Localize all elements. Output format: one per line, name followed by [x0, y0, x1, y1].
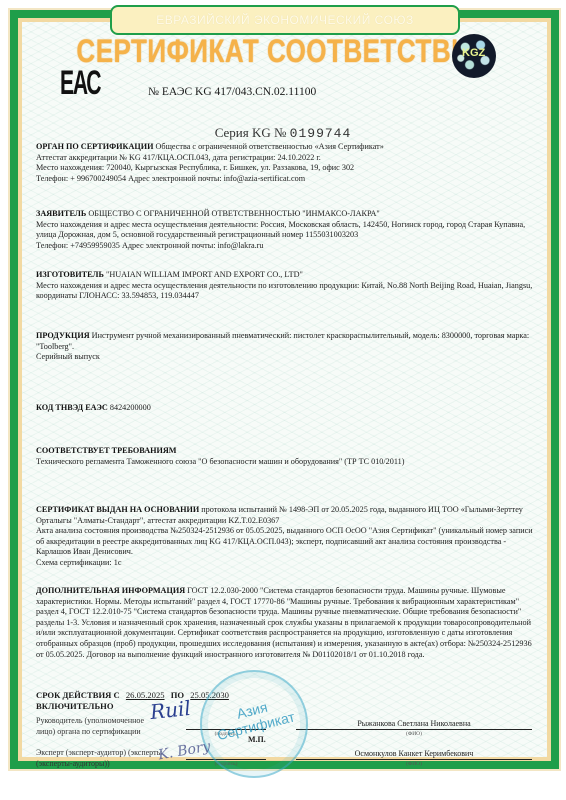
- basis-act: Акта анализа состояния производства №250…: [36, 526, 533, 556]
- certification-body-address: Место нахождения: 720040, Кыргызская Рес…: [36, 163, 354, 172]
- manufacturer-heading: ИЗГОТОВИТЕЛЬ: [36, 270, 104, 279]
- manufacturer-section: ИЗГОТОВИТЕЛЬ "HUAIAN WILLIAM IMPORT AND …: [36, 270, 534, 302]
- head-name-caption: (ФИО): [296, 731, 532, 737]
- basis-scheme: Схема сертификации: 1с: [36, 558, 121, 567]
- product-section: ПРОДУКЦИЯ Инструмент ручной механизирова…: [36, 331, 534, 363]
- hologram-icon: KGZ: [452, 34, 496, 78]
- expert-name-caption: (ФИО): [296, 761, 532, 767]
- head-name-line: [296, 729, 532, 730]
- product-description: Инструмент ручной механизированный пневм…: [36, 331, 529, 351]
- tnved-heading: КОД ТНВЭД ЕАЭС: [36, 403, 108, 412]
- certificate-number: № ЕАЭС KG 417/043.CN.02.11100: [148, 86, 316, 98]
- validity-inclusive: ВКЛЮЧИТЕЛЬНО: [36, 701, 114, 711]
- additional-heading: ДОПОЛНИТЕЛЬНАЯ ИНФОРМАЦИЯ: [36, 586, 185, 595]
- seal-stamp-icon: Азия Сертификат: [200, 670, 308, 778]
- expert-role: Эксперт (эксперт-аудитор) (эксперты (экс…: [36, 748, 176, 769]
- certification-body-accreditation: Аттестат аккредитации № KG 417/КЦА.ОСП.0…: [36, 153, 321, 162]
- tnved-section: КОД ТНВЭД ЕАЭС 8424200000: [36, 403, 534, 414]
- compliance-heading: СООТВЕТСТВУЕТ ТРЕБОВАНИЯМ: [36, 446, 177, 455]
- additional-info-section: ДОПОЛНИТЕЛЬНАЯ ИНФОРМАЦИЯ ГОСТ 12.2.030-…: [36, 586, 534, 660]
- applicant-address: Место нахождения и адрес места осуществл…: [36, 220, 525, 240]
- expert-name: Осмонкулов Канкет Керимбекович: [296, 749, 532, 758]
- hologram-label: KGZ: [462, 47, 485, 59]
- expert-name-line: [296, 759, 532, 760]
- applicant-section: ЗАЯВИТЕЛЬ ОБЩЕСТВО С ОГРАНИЧЕННОЙ ОТВЕТС…: [36, 209, 534, 251]
- head-signature-icon: Ruil: [149, 696, 192, 724]
- additional-text: ГОСТ 12.2.030-2000 "Система стандартов б…: [36, 586, 532, 659]
- certification-body-name: Общества с ограниченной ответственностью…: [156, 142, 384, 151]
- certification-body-contacts: Телефон: + 996700249054 Адрес электронно…: [36, 174, 305, 183]
- applicant-name: ОБЩЕСТВО С ОГРАНИЧЕННОЙ ОТВЕТСТВЕННОСТЬЮ…: [88, 209, 379, 218]
- compliance-text: Технического регламента Таможенного союз…: [36, 457, 404, 466]
- compliance-section: СООТВЕТСТВУЕТ ТРЕБОВАНИЯМ Технического р…: [36, 446, 534, 467]
- product-release: Серийный выпуск: [36, 352, 100, 361]
- eac-logo-icon: ЕАС: [60, 64, 100, 103]
- series-value: 0199744: [290, 126, 352, 141]
- manufacturer-name: "HUAIAN WILLIAM IMPORT AND EXPORT CO., L…: [106, 270, 303, 279]
- basis-heading: СЕРТИФИКАТ ВЫДАН НА ОСНОВАНИИ: [36, 505, 199, 514]
- union-banner: ЕВРАЗИЙСКИЙ ЭКОНОМИЧЕСКИЙ СОЮЗ: [110, 5, 460, 35]
- seal-label: М.П.: [248, 735, 266, 744]
- head-role: Руководитель (уполномоченное лицо) орган…: [36, 716, 156, 737]
- product-heading: ПРОДУКЦИЯ: [36, 331, 90, 340]
- manufacturer-address: Место нахождения и адрес места осуществл…: [36, 281, 532, 301]
- validity-from-label: СРОК ДЕЙСТВИЯ С: [36, 690, 120, 700]
- head-name: Рыжанкова Светлана Николаевна: [296, 719, 532, 728]
- series-number: Серия KG № 0199744: [0, 125, 566, 141]
- applicant-contacts: Телефон: +74959959035 Адрес электронной …: [36, 241, 263, 250]
- certification-body-section: ОРГАН ПО СЕРТИФИКАЦИИ Общества с огранич…: [36, 142, 534, 184]
- series-label: Серия KG №: [215, 125, 287, 140]
- basis-section: СЕРТИФИКАТ ВЫДАН НА ОСНОВАНИИ протокола …: [36, 505, 534, 569]
- certification-body-heading: ОРГАН ПО СЕРТИФИКАЦИИ: [36, 142, 153, 151]
- tnved-code: 8424200000: [110, 403, 151, 412]
- applicant-heading: ЗАЯВИТЕЛЬ: [36, 209, 86, 218]
